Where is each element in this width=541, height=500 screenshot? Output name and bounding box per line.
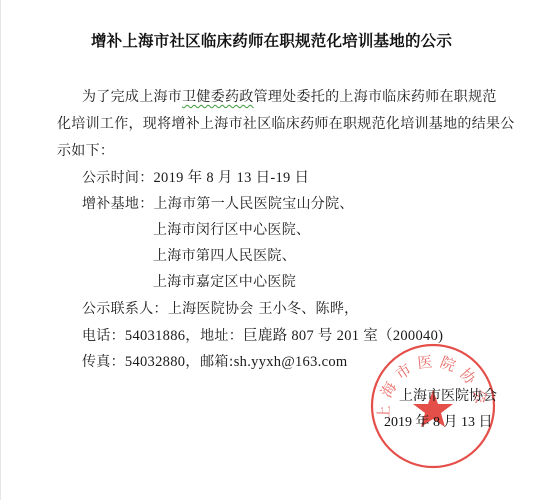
contact-label: 公示联系人： [82,301,168,317]
fax-email-line: 传真：54032880，邮箱:sh.yyxh@163.com [82,350,347,371]
phone-value: 54031886， [125,328,200,344]
signature-org: 上海市医院协会 [399,385,497,405]
base-item: 上海市第四人民医院、 [153,245,296,265]
intro-line-3: 示如下： [57,140,114,160]
notice-period: 公示时间：2019 年 8 月 13 日-19 日 [82,166,309,187]
email-value: sh.yyxh@163.com [234,354,348,370]
intro-text: 为了完成上海市 [82,89,182,105]
intro-line-2: 化培训工作，现将增补上海市社区临床药师在职规范化培训基地的结果公 [57,113,515,133]
intro-line-1: 为了完成上海市卫健委药政管理处委托的上海市临床药师在职规范 [82,86,497,106]
fax-value: 54032880， [125,354,200,370]
base-item: 上海市第一人民医院宝山分院、 [154,196,354,212]
address-label: 地址： [200,328,243,344]
intro-text: 管理处委托的上海市临床药师在职规范 [254,89,497,105]
bases-line-1: 增补基地：上海市第一人民医院宝山分院、 [82,193,354,213]
bases-label: 增补基地： [82,196,154,212]
contact-value: 上海医院协会 王小冬、陈晔， [168,301,359,317]
email-label: 邮箱: [200,354,234,370]
phone-label: 电话： [82,328,125,344]
document-page: 增补上海市社区临床药师在职规范化培训基地的公示 为了完成上海市卫健委药政管理处委… [0,0,541,500]
notice-period-value: 2019 年 8 月 13 日-19 日 [154,170,310,186]
contact-line: 公示联系人：上海医院协会 王小冬、陈晔， [82,298,358,318]
spellcheck-underlined-text: 卫健委药政 [182,89,254,105]
notice-period-label: 公示时间： [82,170,154,186]
fax-label: 传真： [82,354,125,370]
base-item: 上海市闵行区中心医院、 [153,219,310,239]
official-seal-icon: 上海市医院协会 [369,342,497,470]
signature-date: 2019 年 8 月 13 日 [384,411,493,431]
document-title: 增补上海市社区临床药师在职规范化培训基地的公示 [1,29,541,51]
base-item: 上海市嘉定区中心医院 [153,271,296,291]
